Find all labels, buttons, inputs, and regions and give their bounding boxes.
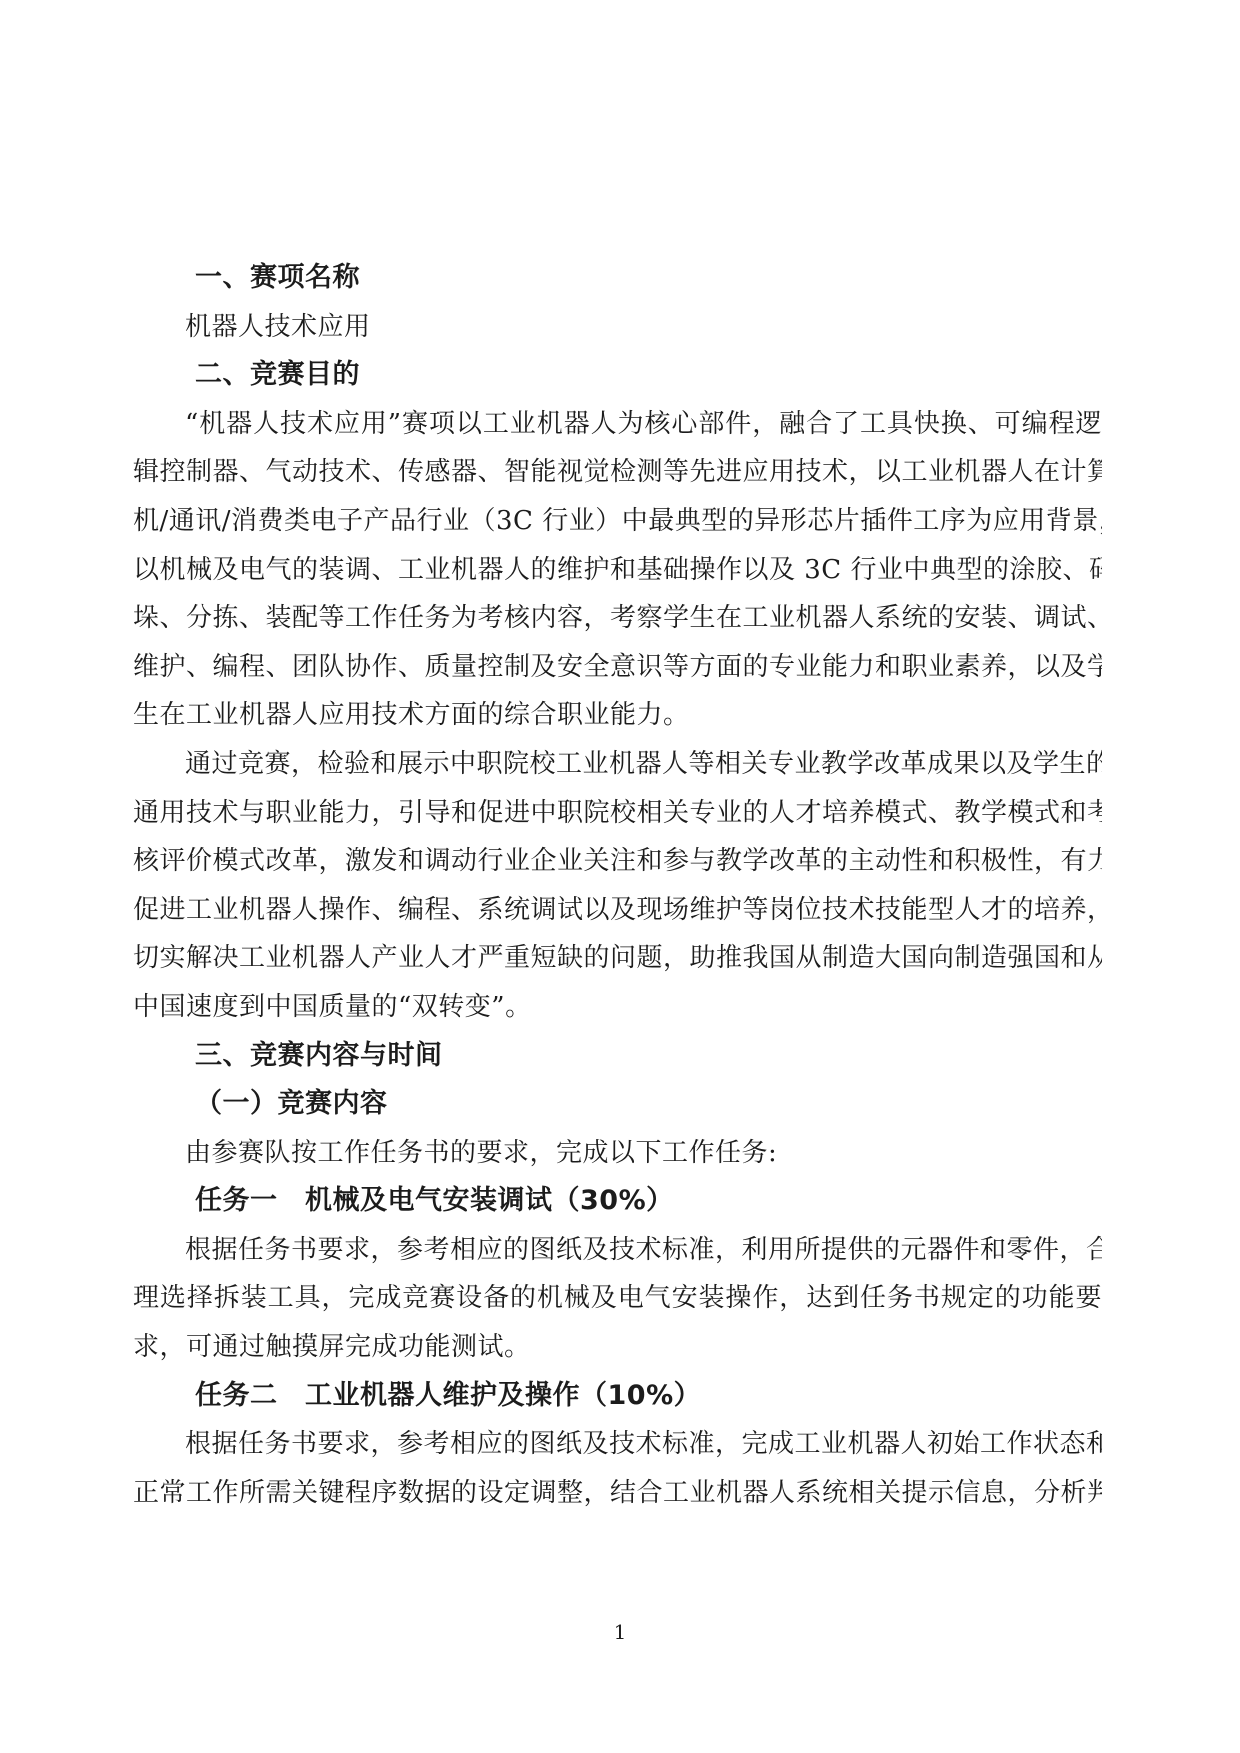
section-heading: 一、赛项名称 [133, 254, 1102, 303]
paragraph: 根据任务书要求，参考相应的图纸及技术标准，完成工业机器人初始工作状态和正常工作所… [133, 1420, 1102, 1517]
task-heading: 任务二 工业机器人维护及操作（10%） [133, 1372, 1102, 1421]
text-line: 根据任务书要求，参考相应的图纸及技术标准，利用所提供的元器件和零件，合 [133, 1226, 1102, 1275]
document-body: 一、赛项名称机器人技术应用二、竞赛目的“机器人技术应用”赛项以工业机器人为核心部… [133, 254, 1102, 1517]
paragraph: 通过竞赛，检验和展示中职院校工业机器人等相关专业教学改革成果以及学生的通用技术与… [133, 740, 1102, 1032]
text-line: 以机械及电气的装调、工业机器人的维护和基础操作以及 3C 行业中典型的涂胶、码 [133, 546, 1102, 595]
text-line: 核评价模式改革，激发和调动行业企业关注和参与教学改革的主动性和积极性，有力 [133, 837, 1102, 886]
text-line: 根据任务书要求，参考相应的图纸及技术标准，完成工业机器人初始工作状态和 [133, 1420, 1102, 1469]
text-line: 机/通讯/消费类电子产品行业（3C 行业）中最典型的异形芯片插件工序为应用背景， [133, 497, 1102, 546]
text-line: 通用技术与职业能力，引导和促进中职院校相关专业的人才培养模式、教学模式和考 [133, 789, 1102, 838]
text-line: “机器人技术应用”赛项以工业机器人为核心部件，融合了工具快换、可编程逻 [133, 400, 1102, 449]
text-line: 一、赛项名称 [133, 254, 1102, 303]
text-line: 二、竞赛目的 [133, 351, 1102, 400]
text-line: 任务一 机械及电气安装调试（30%） [133, 1177, 1102, 1226]
page-number: 1 [614, 1620, 627, 1644]
text-line: 维护、编程、团队协作、质量控制及安全意识等方面的专业能力和职业素养，以及学 [133, 643, 1102, 692]
paragraph: 由参赛队按工作任务书的要求，完成以下工作任务: [133, 1129, 1102, 1178]
paragraph: 机器人技术应用 [133, 303, 1102, 352]
paragraph: “机器人技术应用”赛项以工业机器人为核心部件，融合了工具快换、可编程逻辑控制器、… [133, 400, 1102, 740]
text-line: 促进工业机器人操作、编程、系统调试以及现场维护等岗位技术技能型人才的培养， [133, 886, 1102, 935]
text-line: 任务二 工业机器人维护及操作（10%） [133, 1372, 1102, 1421]
section-heading: （一）竞赛内容 [133, 1080, 1102, 1129]
paragraph: 根据任务书要求，参考相应的图纸及技术标准，利用所提供的元器件和零件，合理选择拆装… [133, 1226, 1102, 1372]
text-line: 由参赛队按工作任务书的要求，完成以下工作任务: [133, 1129, 1102, 1178]
text-line: （一）竞赛内容 [133, 1080, 1102, 1129]
text-line: 机器人技术应用 [133, 303, 1102, 352]
text-line: 三、竞赛内容与时间 [133, 1032, 1102, 1081]
text-line: 辑控制器、气动技术、传感器、智能视觉检测等先进应用技术，以工业机器人在计算 [133, 448, 1102, 497]
text-line: 切实解决工业机器人产业人才严重短缺的问题，助推我国从制造大国向制造强国和从 [133, 934, 1102, 983]
task-heading: 任务一 机械及电气安装调试（30%） [133, 1177, 1102, 1226]
section-heading: 三、竞赛内容与时间 [133, 1032, 1102, 1081]
text-line: 生在工业机器人应用技术方面的综合职业能力。 [133, 691, 1102, 740]
document-page: 一、赛项名称机器人技术应用二、竞赛目的“机器人技术应用”赛项以工业机器人为核心部… [0, 0, 1240, 1753]
text-line: 正常工作所需关键程序数据的设定调整，结合工业机器人系统相关提示信息，分析判 [133, 1469, 1102, 1518]
text-line: 中国速度到中国质量的“双转变”。 [133, 983, 1102, 1032]
text-line: 垛、分拣、装配等工作任务为考核内容，考察学生在工业机器人系统的安装、调试、 [133, 594, 1102, 643]
page-footer: 1 [0, 1610, 1240, 1654]
section-heading: 二、竞赛目的 [133, 351, 1102, 400]
text-line: 求，可通过触摸屏完成功能测试。 [133, 1323, 1102, 1372]
text-line: 通过竞赛，检验和展示中职院校工业机器人等相关专业教学改革成果以及学生的 [133, 740, 1102, 789]
text-line: 理选择拆装工具，完成竞赛设备的机械及电气安装操作，达到任务书规定的功能要 [133, 1274, 1102, 1323]
